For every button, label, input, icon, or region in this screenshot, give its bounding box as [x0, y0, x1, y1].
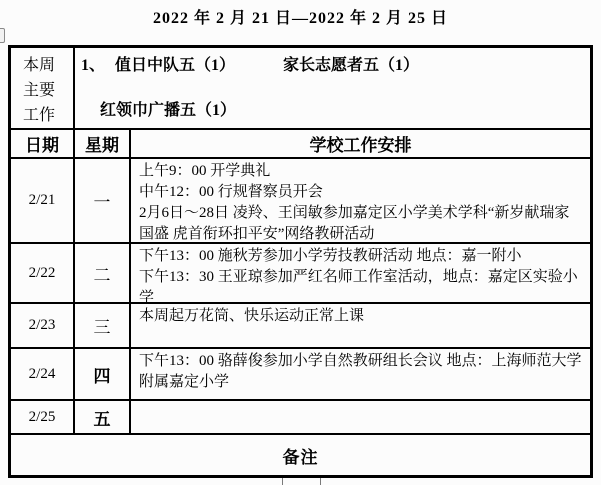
day-arrangement: 本周起万花筒、快乐运动正常上课	[131, 304, 590, 347]
weekday-value: 四	[75, 349, 131, 399]
day-arrangement: 上午9：00 开学典礼中午12：00 行规督察员开会2月6日～28日 凌羚、王闰…	[131, 159, 590, 242]
day-arrangement: 下午13：00 骆薛俊参加小学自然教研组长会议 地点：上海师范大学附属嘉定小学	[131, 349, 590, 399]
weekday-value: 五	[75, 401, 131, 433]
schedule-row-2-22: 2/22 二 下午13：00 施秋芳参加小学劳技教研活动 地点：嘉一附小下午13…	[11, 244, 590, 304]
table-handle[interactable]	[0, 28, 5, 43]
weekday-value: 二	[75, 244, 131, 302]
duty-squad-item: 值日中队五（1）	[115, 57, 235, 74]
date-value: 2/22	[11, 244, 75, 302]
schedule-row-2-23: 2/23 三 本周起万花筒、快乐运动正常上课	[11, 304, 590, 349]
date-value: 2/23	[11, 304, 75, 347]
date-range-title: 2022 年 2 月 21 日—2022 年 2 月 25 日	[0, 5, 601, 28]
page-edge-mark	[320, 478, 321, 485]
day-arrangement	[131, 401, 590, 433]
remarks-row: 备注	[11, 435, 590, 475]
schedule-row-2-25: 2/25 五	[11, 401, 590, 435]
item-number: 1、	[81, 57, 105, 74]
schedule-row-2-21: 2/21 一 上午9：00 开学典礼中午12：00 行规督察员开会2月6日～28…	[11, 159, 590, 244]
day-arrangement: 下午13：00 施秋芳参加小学劳技教研活动 地点：嘉一附小下午13：30 王亚琼…	[131, 244, 590, 302]
weekly-work-label: 本周主要工作	[11, 48, 75, 128]
weekly-work-row: 本周主要工作 1、值日中队五（1）家长志愿者五（1） 红领巾广播五（1）	[11, 48, 590, 130]
broadcast-item: 红领巾广播五（1）	[100, 97, 584, 120]
header-arrangement: 学校工作安排	[131, 130, 590, 157]
date-value: 2/25	[11, 401, 75, 433]
weekly-schedule-table: 本周主要工作 1、值日中队五（1）家长志愿者五（1） 红领巾广播五（1） 日期 …	[8, 45, 593, 478]
table-header-row: 日期 星期 学校工作安排	[11, 130, 590, 159]
remarks-label: 备注	[11, 435, 590, 475]
weekly-work-content: 1、值日中队五（1）家长志愿者五（1） 红领巾广播五（1）	[75, 48, 590, 128]
page-edge-mark	[282, 478, 283, 485]
weekday-value: 三	[75, 304, 131, 347]
document-page: 2022 年 2 月 21 日—2022 年 2 月 25 日 本周主要工作 1…	[0, 0, 601, 485]
header-date: 日期	[11, 130, 75, 157]
date-value: 2/24	[11, 349, 75, 399]
weekday-value: 一	[75, 159, 131, 242]
weekly-work-line1: 1、值日中队五（1）家长志愿者五（1）	[81, 52, 584, 75]
schedule-row-2-24: 2/24 四 下午13：00 骆薛俊参加小学自然教研组长会议 地点：上海师范大学…	[11, 349, 590, 401]
date-value: 2/21	[11, 159, 75, 242]
parent-volunteer-item: 家长志愿者五（1）	[283, 57, 419, 74]
header-weekday: 星期	[75, 130, 131, 157]
